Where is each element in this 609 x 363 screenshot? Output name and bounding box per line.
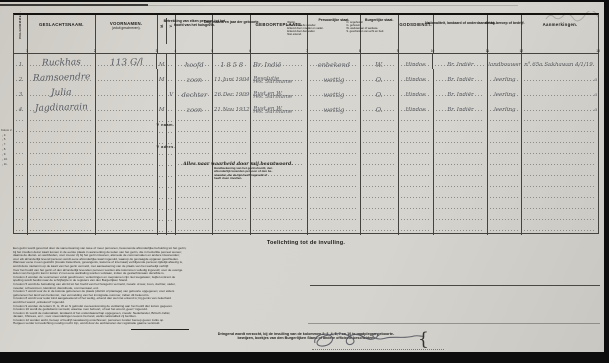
cell-geboorteplaats: Rust en W. res. Suriname: [251, 84, 308, 99]
empty-table-row: [14, 224, 598, 235]
cell-burgerlijke-staat: O.: [361, 69, 399, 84]
table-header-row: VOLGNUMMER. 1 GESLACHTSNAAM. 2 VOORNAMEN…: [14, 15, 598, 54]
cell-geslachtsnaam: Ramsoendre: [28, 69, 96, 84]
cell-geslacht: M: [157, 54, 176, 69]
cell-betrekking: zoon: [176, 99, 213, 114]
cell-burgerlijke-staat: O.: [361, 99, 399, 114]
cell-betrekking: dochter: [176, 84, 213, 99]
column-header-volgnummer: VOLGNUMMER. 1: [14, 15, 28, 53]
cell-volgnummer: 2: [14, 69, 28, 84]
cell-geboortedatum: 1 8 5 8: [213, 54, 251, 69]
margin-label: „ 11.: [2, 162, 8, 166]
paper: VOLGNUMMER. 1 GESLACHTSNAAM. 2 VOORNAMEN…: [0, 2, 604, 352]
cell-voornamen: [96, 84, 158, 99]
empty-table-row: [14, 158, 598, 169]
cell-beroep: landbouwer: [488, 54, 522, 69]
naam-field-label: V naam.: [157, 123, 175, 127]
cell-geslacht: V: [158, 84, 177, 99]
cell-voornamen: [96, 69, 158, 84]
cell-betrekking: zoon: [176, 69, 213, 84]
empty-table-row: [14, 180, 598, 191]
toelichting-text: Een gezin wordt gevormd door de samenwon…: [13, 247, 599, 326]
cell-aanmerkingen: a: [522, 69, 598, 84]
cell-persoonlijke-staat: wettig: [308, 99, 361, 114]
table-row: 3 Julia V dochter 26 Dec 1909 Rust en W.…: [14, 84, 598, 99]
scan-artifact-line: [0, 4, 148, 6]
cell-geslachtsnaam: Ruckhas: [28, 54, 96, 69]
table-row: 1 Ruckhas 113 G/l M hoofd 1 8 5 8 Br. In…: [14, 54, 598, 69]
column-header-voornamen: VOORNAMEN. (voluit geschreven). 3: [96, 15, 158, 53]
cell-persoonlijke-staat: wettig: [308, 69, 361, 84]
cell-nationaliteit: Br. Indiër: [434, 99, 489, 114]
margin-label: „ 10.: [2, 157, 8, 161]
table-body: 1 Ruckhas 113 G/l M hoofd 1 8 5 8 Br. In…: [14, 54, 598, 235]
margin-label: „ 9.: [2, 152, 6, 156]
cell-burgerlijke-staat: O.: [361, 84, 399, 99]
cell-godsdienst: Hindoe: [399, 84, 434, 99]
cell-geslacht: M: [158, 69, 177, 84]
cell-volgnummer: 4: [14, 99, 28, 114]
register-table: VOLGNUMMER. 1 GESLACHTSNAAM. 2 VOORNAMEN…: [13, 13, 599, 234]
table-row: 4 Jagdinarain M zoon 21 Nov 1912 Rust en…: [14, 99, 598, 114]
cell-nationaliteit: Br. Indiër: [434, 69, 489, 84]
cell-aanmerkingen: n° 65a Sukhawan 4/1/19: [522, 54, 598, 69]
cell-godsdienst: Hindoe: [399, 99, 434, 114]
cell-geslacht: M: [158, 99, 177, 114]
cell-geboortedatum: 11 Juni 1904: [213, 69, 251, 84]
empty-table-row: [14, 125, 598, 136]
column-header-geboortedatum: Dag, maand en jaar der geboorte. 6: [213, 15, 251, 53]
empty-table-row: [14, 136, 598, 147]
margin-label: Kolom 2.: [1, 128, 12, 132]
scan-artifact-line-faint: [148, 5, 518, 6]
column-header-burgerlijke-staat: Burgerlijke staat. O. ongehuwd.G. gehuwd…: [361, 15, 399, 53]
margin-label: „ 7.: [2, 142, 6, 146]
cell-persoonlijke-staat: onbekend: [308, 54, 361, 69]
margin-label: „ 5.: [2, 137, 6, 141]
empty-table-row: [14, 114, 598, 125]
cell-beroep: leerling: [488, 99, 522, 114]
cell-volgnummer: 1: [14, 54, 28, 69]
cell-voornamen: 113 G/l: [96, 54, 158, 69]
empty-table-row: [14, 191, 598, 202]
empty-table-row: [14, 213, 598, 224]
cell-geboorteplaats: Br. Indië: [251, 54, 308, 69]
cell-volgnummer: 3: [14, 84, 28, 99]
toelichting-section: Toelichting tot de invulling. Een gezin …: [13, 240, 306, 341]
signature-divider-line: [308, 323, 600, 324]
cell-geboortedatum: 26 Dec 1909: [213, 84, 251, 99]
cell-godsdienst: Hindoe: [399, 69, 434, 84]
cell-betrekking: hoofd: [176, 54, 213, 69]
cell-persoonlijke-staat: wettig: [308, 84, 361, 99]
caption-brace: {: [418, 330, 429, 351]
cell-aanmerkingen: a: [522, 84, 598, 99]
toelichting-footer-line2: bewijzen, boekjes van den Burgerlijken S…: [13, 336, 599, 340]
cell-godsdienst: Hindoe: [399, 54, 434, 69]
cell-geslachtsnaam: Jagdinarain: [28, 99, 96, 114]
cell-voornamen: [96, 99, 158, 114]
cell-aanmerkingen: a: [522, 99, 598, 114]
empty-table-row: [14, 147, 598, 158]
cell-beroep: leerling: [488, 84, 522, 99]
margin-label: „ 3.: [2, 133, 6, 137]
table-row: 2 Ramsoendre M zoon 11 Juni 1904 Resolut…: [14, 69, 598, 84]
cell-nationaliteit: Br. Indiër: [433, 54, 488, 69]
cell-burgerlijke-staat: W.: [361, 54, 399, 69]
cell-beroep: leerling: [488, 69, 522, 84]
adres-divider-line: [310, 285, 600, 286]
column-header-aanmerkingen: Aanmerkingen. 13: [522, 15, 598, 53]
empty-table-row: [14, 169, 598, 180]
cell-geboorteplaats: Resolutie res. Suriname: [251, 69, 308, 84]
cell-nationaliteit: Br. Indiër: [434, 84, 489, 99]
signature: [310, 327, 428, 351]
cell-geboorteplaats: Rust en W. res. Suriname: [251, 99, 308, 114]
cell-geslachtsnaam: Julia: [28, 84, 96, 99]
divider-rule: [131, 329, 189, 330]
adres-field-label: V adres.: [157, 145, 176, 149]
column-header-beroep: Ambt, beroep of bedrijf. 12: [488, 15, 522, 53]
scanned-register-card: VOLGNUMMER. 1 GESLACHTSNAAM. 2 VOORNAMEN…: [0, 0, 609, 363]
cell-geboortedatum: 21 Nov 1912: [213, 99, 251, 114]
margin-label: „ 8.: [2, 147, 6, 151]
signature-caption: Handteekening van het gezinshoofd, denaf…: [214, 167, 294, 180]
empty-table-row: [14, 202, 598, 213]
